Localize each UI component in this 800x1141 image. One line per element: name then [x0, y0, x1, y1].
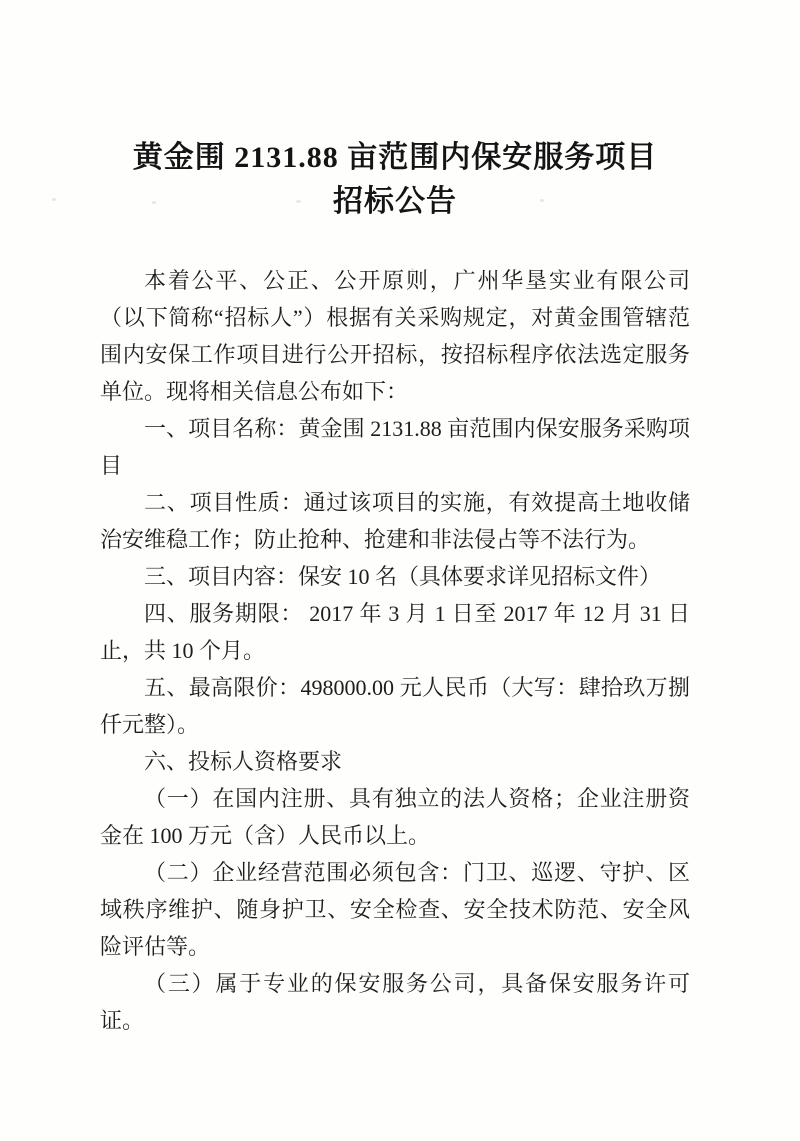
- paragraph-qualification-1: （一）在国内注册、具有独立的法人资格；企业注册资金在 100 万元（含）人民币以…: [100, 780, 690, 854]
- document-title-line2: 招标公告: [100, 180, 690, 224]
- scan-speckle: [176, 318, 180, 321]
- scan-speckle: [52, 198, 56, 201]
- paragraph-project-content: 三、项目内容：保安 10 名（具体要求详见招标文件）: [100, 558, 690, 595]
- document-title: 黄金围 2131.88 亩范围内保安服务项目 招标公告: [100, 136, 690, 224]
- scanned-document-page: 黄金围 2131.88 亩范围内保安服务项目 招标公告 本着公平、公正、公开原则…: [0, 0, 800, 1141]
- paragraph-service-period: 四、服务期限： 2017 年 3 月 1 日至 2017 年 12 月 31 日…: [100, 595, 690, 669]
- paragraph-project-nature: 二、项目性质：通过该项目的实施，有效提高土地收储治安维稳工作；防止抢种、抢建和非…: [100, 484, 690, 558]
- scan-speckle: [296, 200, 301, 203]
- scan-speckle: [411, 268, 414, 271]
- paragraph-qualification-2: （二）企业经营范围必须包含：门卫、巡逻、守护、区域秩序维护、随身护卫、安全检查、…: [100, 854, 690, 965]
- document-title-line1: 黄金围 2131.88 亩范围内保安服务项目: [100, 136, 690, 180]
- document-body: 本着公平、公正、公开原则，广州华垦实业有限公司（以下简称“招标人”）根据有关采购…: [100, 262, 690, 1039]
- scan-speckle: [152, 201, 156, 204]
- scan-speckle: [540, 199, 544, 202]
- paragraph-qualification-3: （三）属于专业的保安服务公司，具备保安服务许可证。: [100, 965, 690, 1039]
- paragraph-project-name: 一、项目名称：黄金围 2131.88 亩范围内保安服务采购项目: [100, 410, 690, 484]
- paragraph-intro: 本着公平、公正、公开原则，广州华垦实业有限公司（以下简称“招标人”）根据有关采购…: [100, 262, 690, 410]
- paragraph-qualification-heading: 六、投标人资格要求: [100, 743, 690, 780]
- paragraph-price-limit: 五、最高限价：498000.00 元人民币（大写：肆拾玖万捌仟元整）。: [100, 669, 690, 743]
